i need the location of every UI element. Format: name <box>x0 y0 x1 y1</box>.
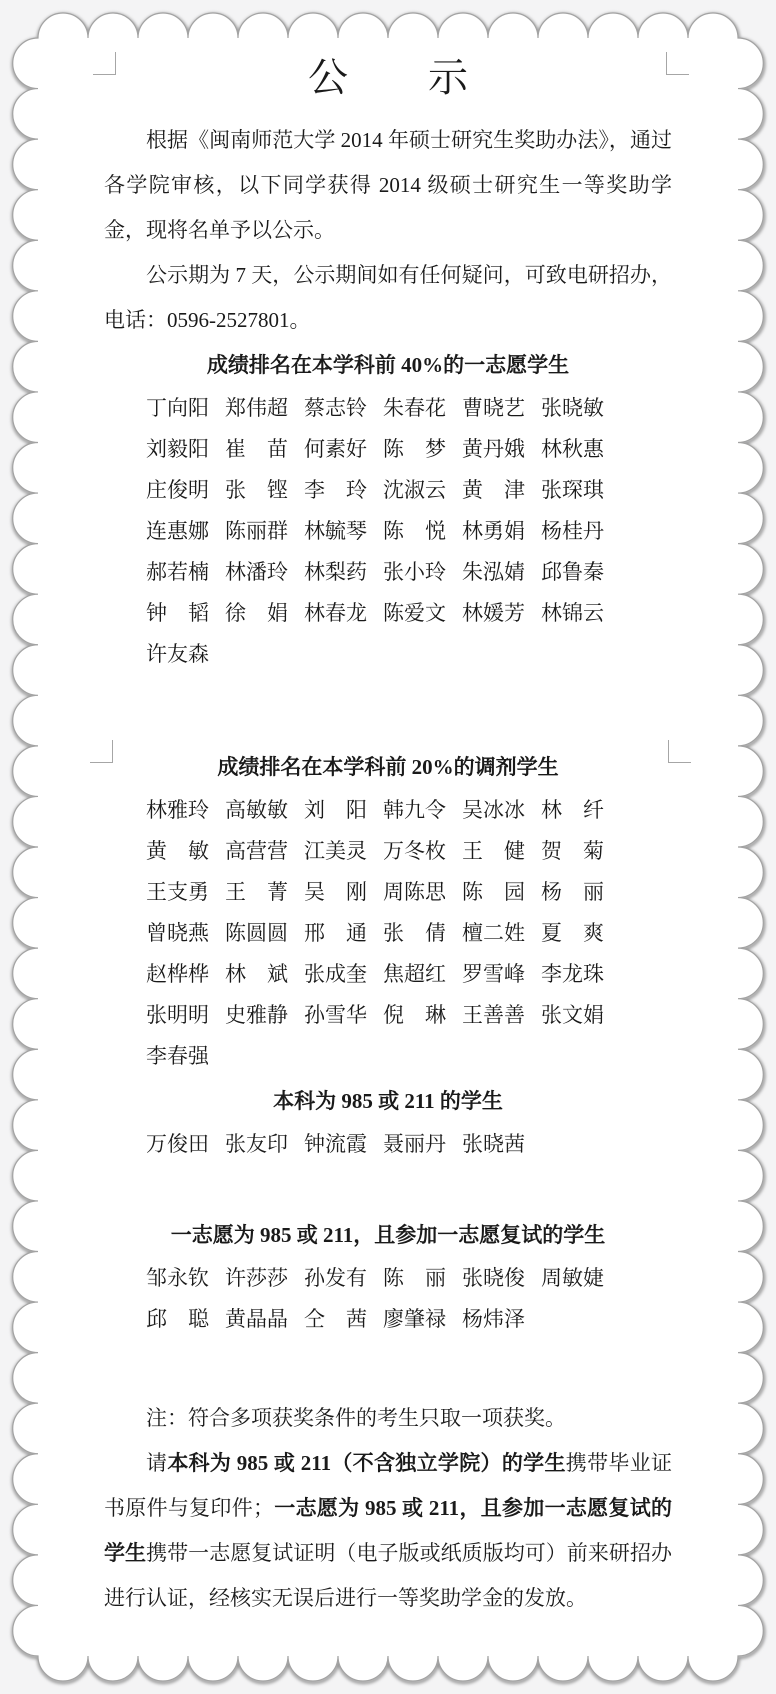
page-title: 公 示 <box>104 50 672 106</box>
student-name: 史雅静 <box>225 995 288 1036</box>
name-row: 郝若楠林潘玲林梨药张小玲朱泓婧邱鲁秦 <box>146 552 672 593</box>
intro-paragraph: 根据《闽南师范大学 2014 年硕士研究生奖助办法》，通过各学院审核，以下同学获… <box>104 118 672 253</box>
name-row: 庄俊明张 铿李 玲沈淑云黄 津张琛琪 <box>146 470 672 511</box>
student-name: 徐 娟 <box>225 593 288 634</box>
student-name: 陈 丽 <box>383 1258 446 1299</box>
student-name: 陈 园 <box>462 872 525 913</box>
student-name: 韩九令 <box>383 790 446 831</box>
student-name: 倪 琳 <box>383 995 446 1036</box>
student-name: 张琛琪 <box>541 470 604 511</box>
note-text-segment: 请 <box>146 1451 167 1475</box>
student-name: 张晓茜 <box>462 1124 525 1165</box>
student-name: 张晓敏 <box>541 388 604 429</box>
student-name: 吴 刚 <box>304 872 367 913</box>
student-name: 张 倩 <box>383 913 446 954</box>
name-row: 赵桦桦林 斌张成奎焦超红罗雪峰李龙珠 <box>146 954 672 995</box>
student-name: 廖肇禄 <box>383 1299 446 1340</box>
section-heading-top20: 成绩排名在本学科前 20%的调剂学生 <box>104 745 672 790</box>
names-grid-first-choice: 邹永钦许莎莎孙发有陈 丽张晓俊周敏婕邱 聪黄晶晶仝 茜廖肇禄杨炜泽 <box>104 1258 672 1340</box>
student-name: 许莎莎 <box>225 1258 288 1299</box>
name-row: 邹永钦许莎莎孙发有陈 丽张晓俊周敏婕 <box>146 1258 672 1299</box>
student-name: 赵桦桦 <box>146 954 209 995</box>
student-name: 崔 苗 <box>225 429 288 470</box>
student-name: 钟流霞 <box>304 1124 367 1165</box>
student-name: 林 纤 <box>541 790 604 831</box>
student-name: 贺 菊 <box>541 831 604 872</box>
student-name: 黄晶晶 <box>225 1299 288 1340</box>
notice-period-paragraph: 公示期为 7 天，公示期间如有任何疑问，可致电研招办，电话：0596-25278… <box>104 253 672 343</box>
student-name: 罗雪峰 <box>462 954 525 995</box>
student-name: 林锦云 <box>541 593 604 634</box>
name-row: 张明明史雅静孙雪华倪 琳王善善张文娟 <box>146 995 672 1036</box>
page-break-gap <box>104 675 672 745</box>
student-name: 张 铿 <box>225 470 288 511</box>
student-name: 万冬枚 <box>383 831 446 872</box>
name-row: 王支勇王 菁吴 刚周陈思陈 园杨 丽 <box>146 872 672 913</box>
student-name: 聂丽丹 <box>383 1124 446 1165</box>
student-name: 林 斌 <box>225 954 288 995</box>
student-name: 江美灵 <box>304 831 367 872</box>
student-name: 林秋惠 <box>541 429 604 470</box>
student-name: 黄 敏 <box>146 831 209 872</box>
student-name: 张文娟 <box>541 995 604 1036</box>
student-name: 曾晓燕 <box>146 913 209 954</box>
name-row: 黄 敏高营营江美灵万冬枚王 健贺 菊 <box>146 831 672 872</box>
name-row: 李春强 <box>146 1036 672 1077</box>
note-single-award: 注：符合多项获奖条件的考生只取一项获奖。 <box>104 1396 672 1441</box>
student-name: 曹晓艺 <box>462 388 525 429</box>
student-name: 孙发有 <box>304 1258 367 1299</box>
student-name: 陈爱文 <box>383 593 446 634</box>
student-name: 檀二姓 <box>462 913 525 954</box>
student-name: 朱春花 <box>383 388 446 429</box>
student-name: 林勇娟 <box>462 511 525 552</box>
student-name: 吴冰冰 <box>462 790 525 831</box>
student-name: 许友森 <box>146 634 209 675</box>
student-name: 王善善 <box>462 995 525 1036</box>
student-name: 张成奎 <box>304 954 367 995</box>
student-name: 蔡志铃 <box>304 388 367 429</box>
name-row: 连惠娜陈丽群林毓琴陈 悦林勇娟杨桂丹 <box>146 511 672 552</box>
student-name: 连惠娜 <box>146 511 209 552</box>
student-name: 王 健 <box>462 831 525 872</box>
student-name: 郑伟超 <box>225 388 288 429</box>
student-name: 张晓俊 <box>462 1258 525 1299</box>
student-name: 高营营 <box>225 831 288 872</box>
student-name: 郝若楠 <box>146 552 209 593</box>
student-name: 张友印 <box>225 1124 288 1165</box>
section-heading-top40: 成绩排名在本学科前 40%的一志愿学生 <box>104 343 672 388</box>
name-row: 丁向阳郑伟超蔡志铃朱春花曹晓艺张晓敏 <box>146 388 672 429</box>
student-name: 仝 茜 <box>304 1299 367 1340</box>
notes-gap <box>104 1340 672 1396</box>
note-text-segment: 携带一志愿复试证明（电子版或纸质版均可）前来研招办进行认证，经核实无误后进行一等… <box>104 1541 672 1610</box>
student-name: 沈淑云 <box>383 470 446 511</box>
student-name: 林潘玲 <box>225 552 288 593</box>
note-certification: 请本科为 985 或 211（不含独立学院）的学生携带毕业证书原件与复印件；一志… <box>104 1441 672 1621</box>
student-name: 孙雪华 <box>304 995 367 1036</box>
student-name: 林雅玲 <box>146 790 209 831</box>
document-content: 公 示 根据《闽南师范大学 2014 年硕士研究生奖助办法》，通过各学院审核，以… <box>104 0 672 1621</box>
names-grid-top40: 丁向阳郑伟超蔡志铃朱春花曹晓艺张晓敏刘毅阳崔 苗何素好陈 梦黄丹娥林秋惠庄俊明张… <box>104 388 672 675</box>
student-name: 杨 丽 <box>541 872 604 913</box>
student-name: 王支勇 <box>146 872 209 913</box>
student-name: 焦超红 <box>383 954 446 995</box>
student-name: 张明明 <box>146 995 209 1036</box>
student-name: 林毓琴 <box>304 511 367 552</box>
section-gap <box>104 1165 672 1213</box>
student-name: 高敏敏 <box>225 790 288 831</box>
names-grid-985-211: 万俊田张友印钟流霞聂丽丹张晓茜 <box>104 1124 672 1165</box>
student-name: 周敏婕 <box>541 1258 604 1299</box>
student-name: 周陈思 <box>383 872 446 913</box>
student-name: 刘 阳 <box>304 790 367 831</box>
student-name: 丁向阳 <box>146 388 209 429</box>
student-name: 李龙珠 <box>541 954 604 995</box>
student-name: 杨炜泽 <box>462 1299 525 1340</box>
student-name: 张小玲 <box>383 552 446 593</box>
student-name: 庄俊明 <box>146 470 209 511</box>
student-name: 杨桂丹 <box>541 511 604 552</box>
name-row: 万俊田张友印钟流霞聂丽丹张晓茜 <box>146 1124 672 1165</box>
student-name: 邱 聪 <box>146 1299 209 1340</box>
section-heading-985-211: 本科为 985 或 211 的学生 <box>104 1079 672 1124</box>
name-row: 钟 韬徐 娟林春龙陈爱文林媛芳林锦云 <box>146 593 672 634</box>
student-name: 李 玲 <box>304 470 367 511</box>
student-name: 邢 通 <box>304 913 367 954</box>
student-name: 王 菁 <box>225 872 288 913</box>
student-name: 钟 韬 <box>146 593 209 634</box>
student-name: 林春龙 <box>304 593 367 634</box>
student-name: 邱鲁秦 <box>541 552 604 593</box>
note-bold-segment: 本科为 985 或 211（不含独立学院）的学生 <box>167 1451 565 1475</box>
document-page: { "colors": { "background": "#f4f4f5", "… <box>0 0 776 1694</box>
student-name: 黄 津 <box>462 470 525 511</box>
student-name: 夏 爽 <box>541 913 604 954</box>
student-name: 陈 悦 <box>383 511 446 552</box>
student-name: 朱泓婧 <box>462 552 525 593</box>
section-heading-first-choice: 一志愿为 985 或 211，且参加一志愿复试的学生 <box>104 1213 672 1258</box>
name-row: 邱 聪黄晶晶仝 茜廖肇禄杨炜泽 <box>146 1299 672 1340</box>
student-name: 陈丽群 <box>225 511 288 552</box>
name-row: 林雅玲高敏敏刘 阳韩九令吴冰冰林 纤 <box>146 790 672 831</box>
student-name: 林梨药 <box>304 552 367 593</box>
student-name: 陈圆圆 <box>225 913 288 954</box>
student-name: 陈 梦 <box>383 429 446 470</box>
names-grid-top20: 林雅玲高敏敏刘 阳韩九令吴冰冰林 纤黄 敏高营营江美灵万冬枚王 健贺 菊王支勇王… <box>104 790 672 1077</box>
student-name: 刘毅阳 <box>146 429 209 470</box>
student-name: 何素好 <box>304 429 367 470</box>
name-row: 曾晓燕陈圆圆邢 通张 倩檀二姓夏 爽 <box>146 913 672 954</box>
name-row: 许友森 <box>146 634 672 675</box>
student-name: 李春强 <box>146 1036 209 1077</box>
name-row: 刘毅阳崔 苗何素好陈 梦黄丹娥林秋惠 <box>146 429 672 470</box>
student-name: 万俊田 <box>146 1124 209 1165</box>
student-name: 黄丹娥 <box>462 429 525 470</box>
student-name: 林媛芳 <box>462 593 525 634</box>
student-name: 邹永钦 <box>146 1258 209 1299</box>
